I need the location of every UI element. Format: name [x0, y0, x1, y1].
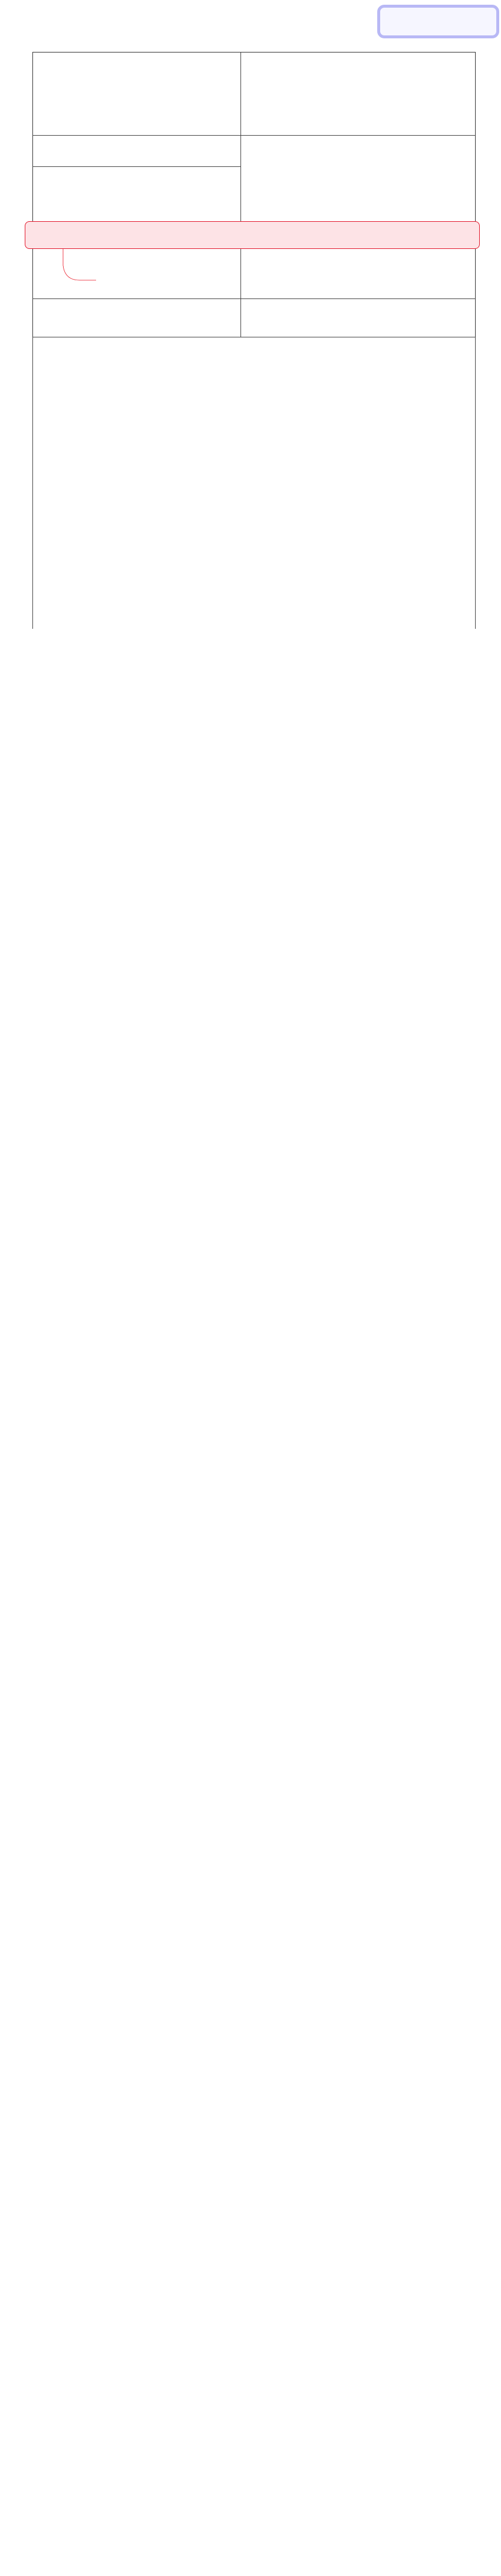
indictment-page-1 — [0, 0, 501, 643]
witness-note-connector — [0, 0, 501, 643]
